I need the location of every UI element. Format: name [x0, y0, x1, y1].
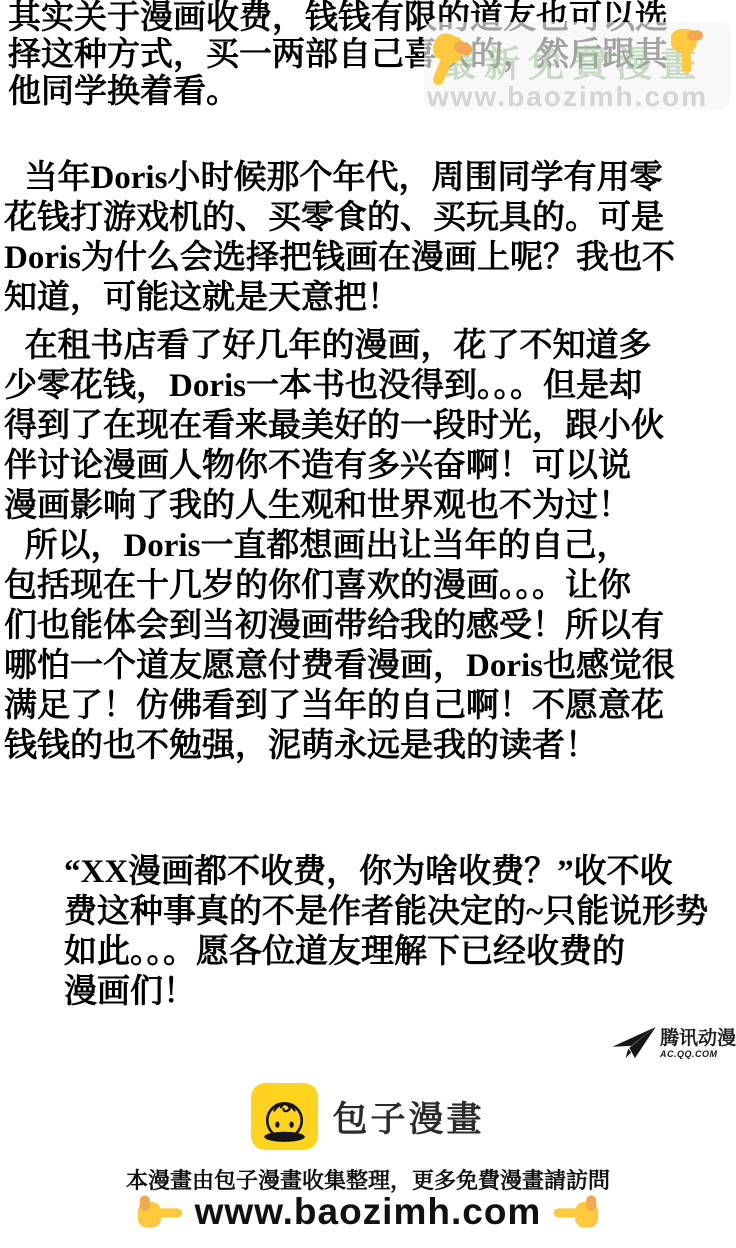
baozi-brand: 包子漫畫 — [0, 1083, 736, 1150]
text-line: 包括现在十几岁的你们喜欢的漫画。。。让你 — [4, 566, 675, 606]
text-line: 当年Doris小时候那个年代，周围同学有用零 — [4, 158, 675, 198]
finger-pointing-down-icon — [665, 27, 709, 74]
tencent-logo-url: AC.QQ.COM — [660, 1049, 736, 1059]
tencent-comics-logo: 腾讯动漫 AC.QQ.COM — [612, 1026, 736, 1060]
paragraph-2: 当年Doris小时候那个年代，周围同学有用零花钱打游戏机的、买零食的、买玩具的。… — [4, 158, 675, 318]
text-line: 知道，可能这就是天意把！ — [4, 278, 675, 318]
text-line: 满足了！仿佛看到了当年的自己啊！不愿意花 — [4, 686, 675, 726]
paragraph-4: 所以，Doris一直都想画出让当年的自己，包括现在十几岁的你们喜欢的漫画。。。让… — [4, 526, 675, 766]
text-line: Doris为什么会选择把钱画在漫画上呢？我也不 — [4, 238, 675, 278]
text-line: 费这种事真的不是作者能决定的~只能说形势 — [64, 892, 708, 932]
tencent-logo-text: 腾讯动漫 AC.QQ.COM — [660, 1028, 736, 1059]
text-line: 钱钱的也不勉强，泥萌永远是我的读者！ — [4, 726, 675, 766]
paragraph-3: 在租书店看了好几年的漫画，花了不知道多少零花钱，Doris一本书也没得到。。。但… — [4, 326, 664, 526]
text-line: 得到了在现在看来最美好的一段时光，跟小伙 — [4, 406, 664, 446]
text-line: 们也能体会到当初漫画带给我的感受！所以有 — [4, 606, 675, 646]
tencent-logo-name: 腾讯动漫 — [660, 1028, 736, 1049]
footer-site-url: www.baozimh.com — [195, 1191, 542, 1233]
watermark-url-text: www.baozimh.com — [427, 81, 708, 113]
baozi-bun-logo-icon — [251, 1083, 318, 1150]
watermark-faint-text: 最新免費漫畫 — [440, 36, 704, 87]
text-line: “XX漫画都不收费，你为啥收费？”收不收 — [64, 852, 708, 892]
comic-author-note-page: 其实关于漫画收费，钱钱有限的道友也可以选择这种方式，买一两部自己喜欢的，然后跟其… — [0, 0, 736, 1248]
finger-pointing-left-icon — [553, 1195, 599, 1229]
footer-url-row: www.baozimh.com — [0, 1191, 736, 1233]
text-line: 如此。。。愿各位道友理解下已经收费的 — [64, 932, 708, 972]
text-line: 哪怕一个道友愿意付费看漫画，Doris也感觉很 — [4, 646, 675, 686]
text-line: 伴讨论漫画人物你不造有多兴奋啊！可以说 — [4, 446, 664, 486]
text-line: 所以，Doris一直都想画出让当年的自己， — [4, 526, 675, 566]
finger-pointing-right-icon — [137, 1195, 183, 1229]
text-line: 在租书店看了好几年的漫画，花了不知道多 — [4, 326, 664, 366]
paragraph-5: “XX漫画都不收费，你为啥收费？”收不收费这种事真的不是作者能决定的~只能说形势… — [64, 852, 708, 1012]
baozi-brand-label: 包子漫畫 — [332, 1092, 484, 1142]
paper-plane-icon — [612, 1026, 656, 1060]
watermark-overlay: 最新免費漫畫 www.baozimh.com — [424, 22, 730, 110]
text-line: 漫画影响了我的人生观和世界观也不为过！ — [4, 486, 664, 526]
text-line: 漫画们！ — [64, 972, 708, 1012]
text-line: 花钱打游戏机的、买零食的、买玩具的。可是 — [4, 198, 675, 238]
text-line: 少零花钱，Doris一本书也没得到。。。但是却 — [4, 366, 664, 406]
